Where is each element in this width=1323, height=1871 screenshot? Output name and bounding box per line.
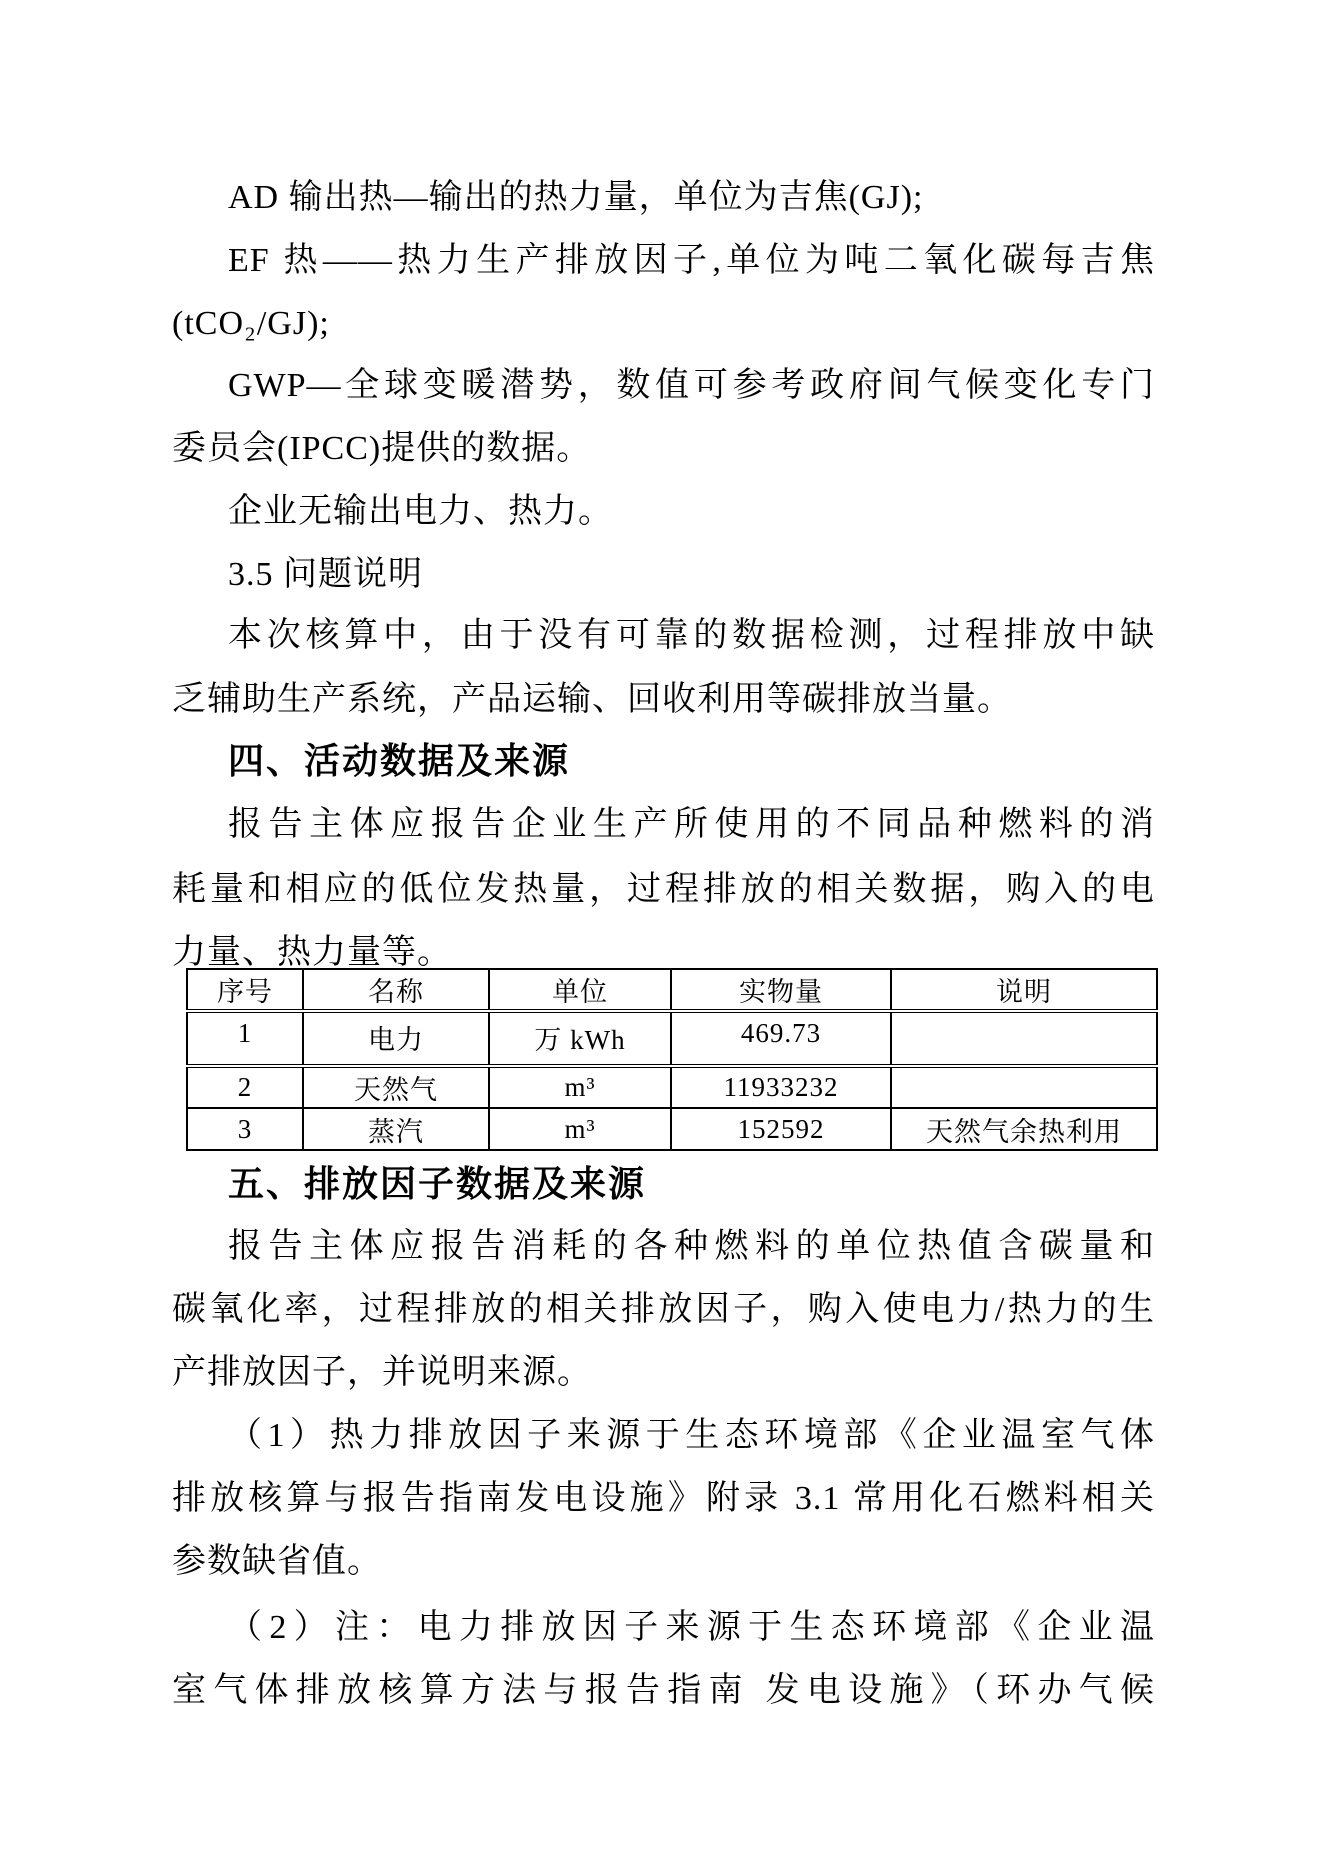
text-line: AD 输出热—输出的热力量，单位为吉焦(GJ); — [172, 166, 1155, 229]
text-line: 企业无输出电力、热力。 — [172, 480, 1155, 543]
text-line: EF 热——热力生产排放因子,单位为吨二氧化碳每吉焦 — [172, 229, 1155, 292]
table-cell: 3 — [187, 1108, 303, 1150]
text-line: 碳氧化率，过程排放的相关排放因子，购入使电力/热力的生 — [172, 1278, 1155, 1341]
text-line: 报告主体应报告企业生产所使用的不同品种燃料的消 — [172, 793, 1155, 856]
table-header-cell: 序号 — [187, 969, 303, 1011]
table-header-cell: 说明 — [891, 969, 1157, 1011]
table-cell: 11933232 — [671, 1066, 891, 1108]
section-heading-emission-factors: 五、排放因子数据及来源 — [172, 1152, 1155, 1215]
table-cell: 469.73 — [671, 1011, 891, 1066]
table-cell: 蒸汽 — [303, 1108, 489, 1150]
text-line: 产排放因子，并说明来源。 — [172, 1341, 1155, 1404]
table-cell: m³ — [489, 1108, 671, 1150]
text-line: 本次核算中，由于没有可靠的数据检测，过程排放中缺 — [172, 604, 1155, 667]
text-line: （1）热力排放因子来源于生态环境部《企业温室气体 — [172, 1404, 1155, 1467]
subsection-heading: 3.5 问题说明 — [172, 543, 1155, 606]
text-line: （2）注：电力排放因子来源于生态环境部《企业温 — [172, 1596, 1155, 1659]
table-header-cell: 名称 — [303, 969, 489, 1011]
table-cell: 天然气 — [303, 1066, 489, 1108]
section-heading-activity-data: 四、活动数据及来源 — [172, 729, 1155, 792]
text-line: 报告主体应报告消耗的各种燃料的单位热值含碳量和 — [172, 1215, 1155, 1278]
table-row: 2 天然气 m³ 11933232 — [187, 1066, 1157, 1108]
table-cell — [891, 1011, 1157, 1066]
document-page: AD 输出热—输出的热力量，单位为吉焦(GJ); EF 热——热力生产排放因子,… — [0, 0, 1323, 1871]
text-line: 乏辅助生产系统，产品运输、回收利用等碳排放当量。 — [172, 668, 1155, 731]
table-row: 1 电力 万 kWh 469.73 — [187, 1011, 1157, 1066]
table-cell: 152592 — [671, 1108, 891, 1150]
text-line: 室气体排放核算方法与报告指南 发电设施》（环办气候 — [172, 1659, 1155, 1722]
table-cell — [891, 1066, 1157, 1108]
table-header-cell: 单位 — [489, 969, 671, 1011]
table-header-row: 序号 名称 单位 实物量 说明 — [187, 969, 1157, 1011]
activity-data-table: 序号 名称 单位 实物量 说明 1 电力 万 kWh 469.73 2 天然气 … — [186, 968, 1158, 1151]
table-cell: 天然气余热利用 — [891, 1108, 1157, 1150]
text-line: 委员会(IPCC)提供的数据。 — [172, 417, 1155, 480]
text-line: (tCO₂/GJ); — [172, 292, 1155, 355]
table-cell: 1 — [187, 1011, 303, 1066]
table-cell: 电力 — [303, 1011, 489, 1066]
text-line: 参数缺省值。 — [172, 1530, 1155, 1593]
table-header-cell: 实物量 — [671, 969, 891, 1011]
table-row: 3 蒸汽 m³ 152592 天然气余热利用 — [187, 1108, 1157, 1150]
text-line: 耗量和相应的低位发热量，过程排放的相关数据，购入的电 — [172, 858, 1155, 921]
table-cell: 万 kWh — [489, 1011, 671, 1066]
table-cell: m³ — [489, 1066, 671, 1108]
text-line: 排放核算与报告指南发电设施》附录 3.1 常用化石燃料相关 — [172, 1467, 1155, 1530]
text-line: GWP—全球变暖潜势，数值可参考政府间气候变化专门 — [172, 354, 1155, 417]
table-cell: 2 — [187, 1066, 303, 1108]
